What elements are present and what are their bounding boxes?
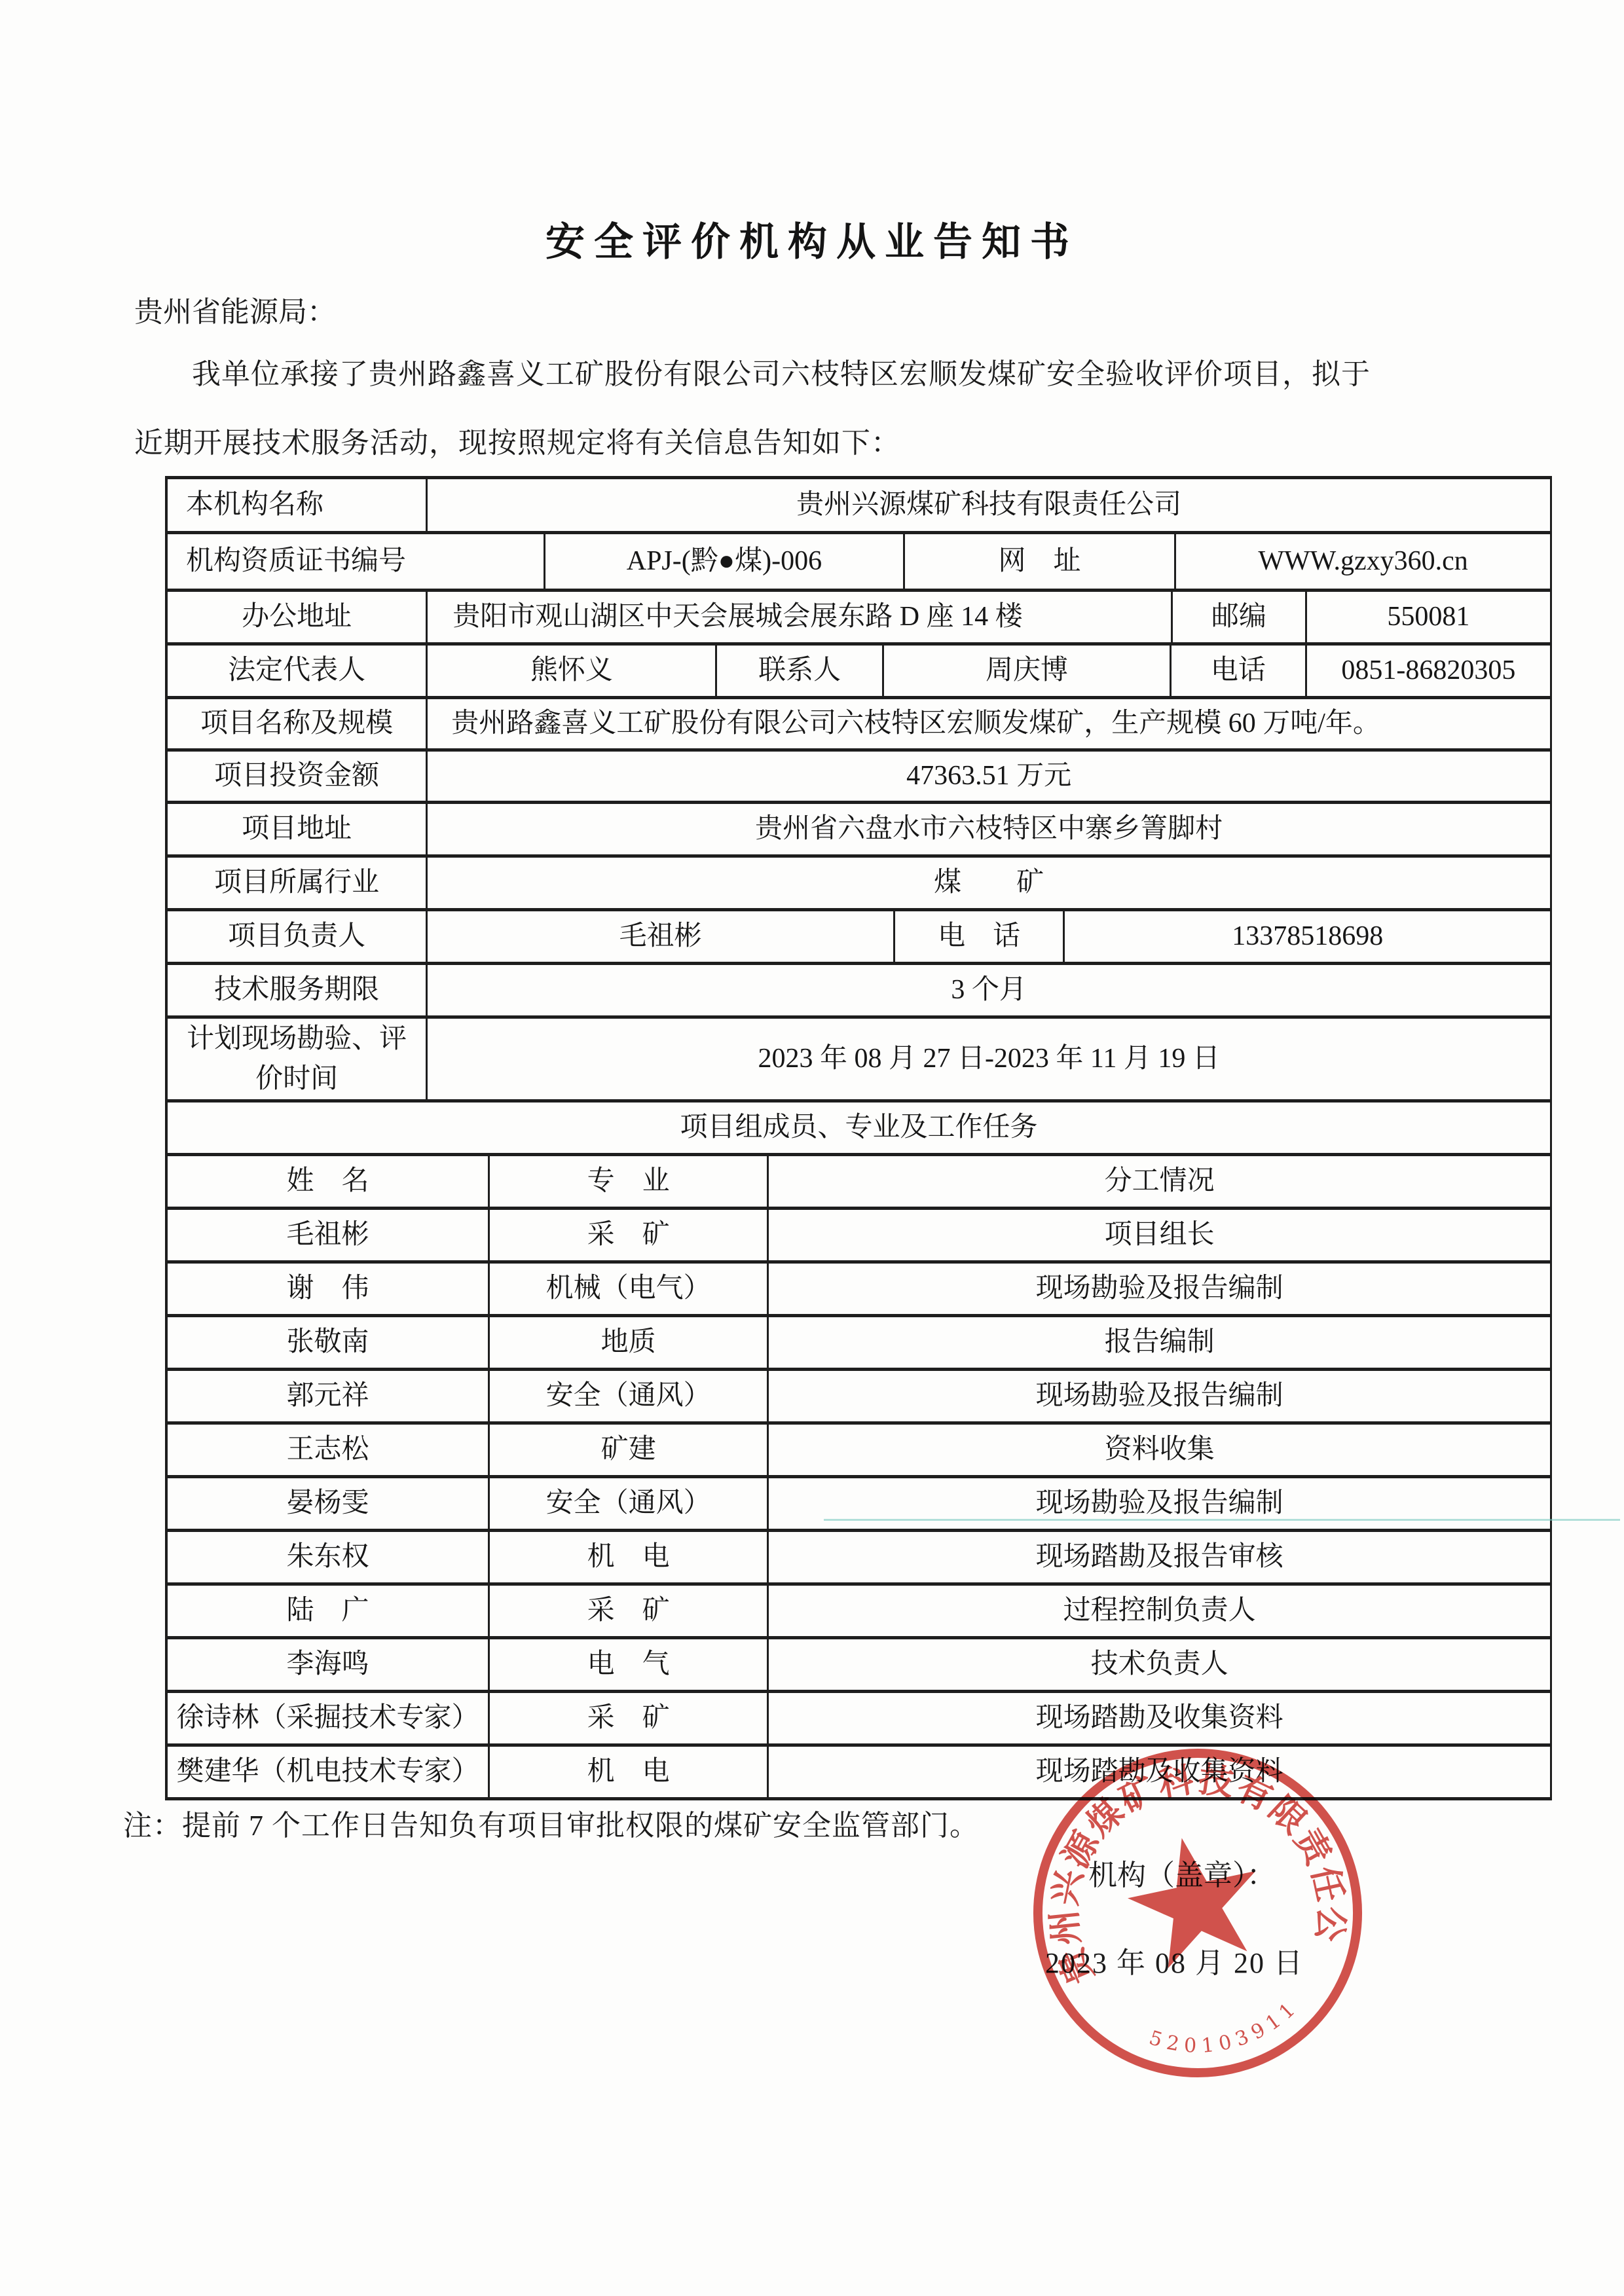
investment-value: 47363.51 万元: [428, 752, 1552, 804]
member-duty: 报告编制: [769, 1317, 1552, 1371]
paragraph-line-2: 近期开展技术服务活动，现按照规定将有关信息告知如下：: [134, 419, 1542, 461]
info-table: 本机构名称 贵州兴源煤矿科技有限责任公司 机构资质证书编号 APJ-(黔●煤)-…: [165, 476, 1552, 1800]
zip-label: 邮编: [1173, 592, 1307, 646]
member-name: 李海鸣: [168, 1639, 490, 1693]
team-header-major: 专 业: [490, 1156, 769, 1210]
member-major: 安全（通风）: [490, 1478, 769, 1532]
office-label: 办公地址: [168, 592, 428, 646]
team-member-row: 朱东权 机 电 现场踏勘及报告审核: [168, 1532, 1552, 1586]
team-member-row: 徐诗林（采掘技术专家） 采 矿 现场踏勘及收集资料: [168, 1693, 1552, 1747]
schedule-value: 2023 年 08 月 27 日-2023 年 11 月 19 日: [428, 1019, 1552, 1102]
row-project: 项目名称及规模 贵州路鑫喜义工矿股份有限公司六枝特区宏顺发煤矿，生产规模 60 …: [168, 699, 1552, 752]
team-member-row: 毛祖彬 采 矿 项目组长: [168, 1210, 1552, 1264]
cert-value: APJ-(黔●煤)-006: [545, 534, 905, 592]
member-major: 安全（通风）: [490, 1371, 769, 1425]
member-major: 采 矿: [490, 1586, 769, 1639]
team-section-title: 项目组成员、专业及工作任务: [168, 1102, 1552, 1156]
legal-rep-label: 法定代表人: [168, 646, 428, 699]
member-duty: 现场勘验及报告编制: [769, 1264, 1552, 1317]
member-duty: 资料收集: [769, 1425, 1552, 1478]
team-member-row: 李海鸣 电 气 技术负责人: [168, 1639, 1552, 1693]
scanned-document-page: { "document": { "title": "安全评价机构从业告知书", …: [0, 0, 1624, 2296]
member-name: 樊建华（机电技术专家）: [168, 1747, 490, 1800]
scan-artifact-line: [824, 1519, 1620, 1521]
row-team-header: 姓 名 专 业 分工情况: [168, 1156, 1552, 1210]
contact-label: 联系人: [717, 646, 884, 699]
member-duty: 现场勘验及报告编制: [769, 1478, 1552, 1532]
member-name: 晏杨雯: [168, 1478, 490, 1532]
website-label: 网 址: [905, 534, 1176, 592]
member-major: 机 电: [490, 1747, 769, 1800]
leader-value: 毛祖彬: [428, 911, 895, 965]
team-member-row: 王志松 矿建 资料收集: [168, 1425, 1552, 1478]
member-name: 毛祖彬: [168, 1210, 490, 1264]
service-term-value: 3 个月: [428, 965, 1552, 1019]
member-name: 徐诗林（采掘技术专家）: [168, 1693, 490, 1747]
member-major: 采 矿: [490, 1210, 769, 1264]
website-value: WWW.gzxy360.cn: [1176, 534, 1552, 592]
phone-label: 电话: [1172, 646, 1307, 699]
member-major: 机械（电气）: [490, 1264, 769, 1317]
team-member-row: 张敬南 地质 报告编制: [168, 1317, 1552, 1371]
member-name: 张敬南: [168, 1317, 490, 1371]
member-major: 地质: [490, 1317, 769, 1371]
row-office: 办公地址 贵阳市观山湖区中天会展城会展东路 D 座 14 楼 邮编 550081: [168, 592, 1552, 646]
cert-label: 机构资质证书编号: [168, 534, 545, 592]
row-cert: 机构资质证书编号 APJ-(黔●煤)-006 网 址 WWW.gzxy360.c…: [168, 534, 1552, 592]
row-leader: 项目负责人 毛祖彬 电 话 13378518698: [168, 911, 1552, 965]
investment-label: 项目投资金额: [168, 752, 428, 804]
paragraph-line-1: 我单位承接了贵州路鑫喜义工矿股份有限公司六枝特区宏顺发煤矿安全验收评价项目，拟于: [134, 350, 1600, 392]
member-major: 机 电: [490, 1532, 769, 1586]
service-term-label: 技术服务期限: [168, 965, 428, 1019]
footer-note: 注：提前 7 个工作日告知负有项目审批权限的煤矿安全监管部门。: [123, 1802, 979, 1844]
team-member-row: 郭元祥 安全（通风） 现场勘验及报告编制: [168, 1371, 1552, 1425]
member-name: 郭元祥: [168, 1371, 490, 1425]
team-member-row: 晏杨雯 安全（通风） 现场勘验及报告编制: [168, 1478, 1552, 1532]
org-name-value: 贵州兴源煤矿科技有限责任公司: [428, 479, 1552, 534]
row-legal-rep: 法定代表人 熊怀义 联系人 周庆博 电话 0851-86820305: [168, 646, 1552, 699]
company-stamp: 贵州兴源煤矿科技有限责任公司 5201039117693: [993, 1708, 1403, 2118]
salutation: 贵州省能源局：: [134, 288, 336, 330]
member-name: 谢 伟: [168, 1264, 490, 1317]
org-name-label: 本机构名称: [168, 479, 428, 534]
schedule-label: 计划现场勘验、评价时间: [168, 1019, 428, 1102]
member-name: 王志松: [168, 1425, 490, 1478]
industry-value: 煤 矿: [428, 858, 1552, 911]
member-major: 矿建: [490, 1425, 769, 1478]
page-title: 安全评价机构从业告知书: [0, 211, 1624, 267]
member-major: 电 气: [490, 1639, 769, 1693]
row-industry: 项目所属行业 煤 矿: [168, 858, 1552, 911]
member-duty: 现场踏勘及收集资料: [769, 1693, 1552, 1747]
row-project-address: 项目地址 贵州省六盘水市六枝特区中寨乡箐脚村: [168, 804, 1552, 858]
contact-value: 周庆博: [884, 646, 1172, 699]
member-duty: 项目组长: [769, 1210, 1552, 1264]
stamp-svg: 贵州兴源煤矿科技有限责任公司 5201039117693: [993, 1708, 1403, 2118]
project-address-label: 项目地址: [168, 804, 428, 858]
member-duty: 现场踏勘及报告审核: [769, 1532, 1552, 1586]
member-major: 采 矿: [490, 1693, 769, 1747]
leader-phone-label: 电 话: [895, 911, 1065, 965]
member-duty: 过程控制负责人: [769, 1586, 1552, 1639]
row-investment: 项目投资金额 47363.51 万元: [168, 752, 1552, 804]
project-label: 项目名称及规模: [168, 699, 428, 752]
row-org-name: 本机构名称 贵州兴源煤矿科技有限责任公司: [168, 479, 1552, 534]
team-member-row: 陆 广 采 矿 过程控制负责人: [168, 1586, 1552, 1639]
zip-value: 550081: [1307, 592, 1552, 646]
project-value: 贵州路鑫喜义工矿股份有限公司六枝特区宏顺发煤矿，生产规模 60 万吨/年。: [428, 699, 1552, 752]
leader-label: 项目负责人: [168, 911, 428, 965]
row-team-section: 项目组成员、专业及工作任务: [168, 1102, 1552, 1156]
industry-label: 项目所属行业: [168, 858, 428, 911]
member-name: 朱东权: [168, 1532, 490, 1586]
team-header-duty: 分工情况: [769, 1156, 1552, 1210]
legal-rep-value: 熊怀义: [428, 646, 717, 699]
row-service-term: 技术服务期限 3 个月: [168, 965, 1552, 1019]
phone-value: 0851-86820305: [1307, 646, 1552, 699]
member-name: 陆 广: [168, 1586, 490, 1639]
member-duty: 技术负责人: [769, 1639, 1552, 1693]
project-address-value: 贵州省六盘水市六枝特区中寨乡箐脚村: [428, 804, 1552, 858]
office-value: 贵阳市观山湖区中天会展城会展东路 D 座 14 楼: [428, 592, 1173, 646]
member-duty: 现场勘验及报告编制: [769, 1371, 1552, 1425]
stamp-star: [1118, 1825, 1272, 1973]
leader-phone-value: 13378518698: [1065, 911, 1552, 965]
team-member-row: 谢 伟 机械（电气） 现场勘验及报告编制: [168, 1264, 1552, 1317]
row-schedule: 计划现场勘验、评价时间 2023 年 08 月 27 日-2023 年 11 月…: [168, 1019, 1552, 1102]
team-header-name: 姓 名: [168, 1156, 490, 1210]
